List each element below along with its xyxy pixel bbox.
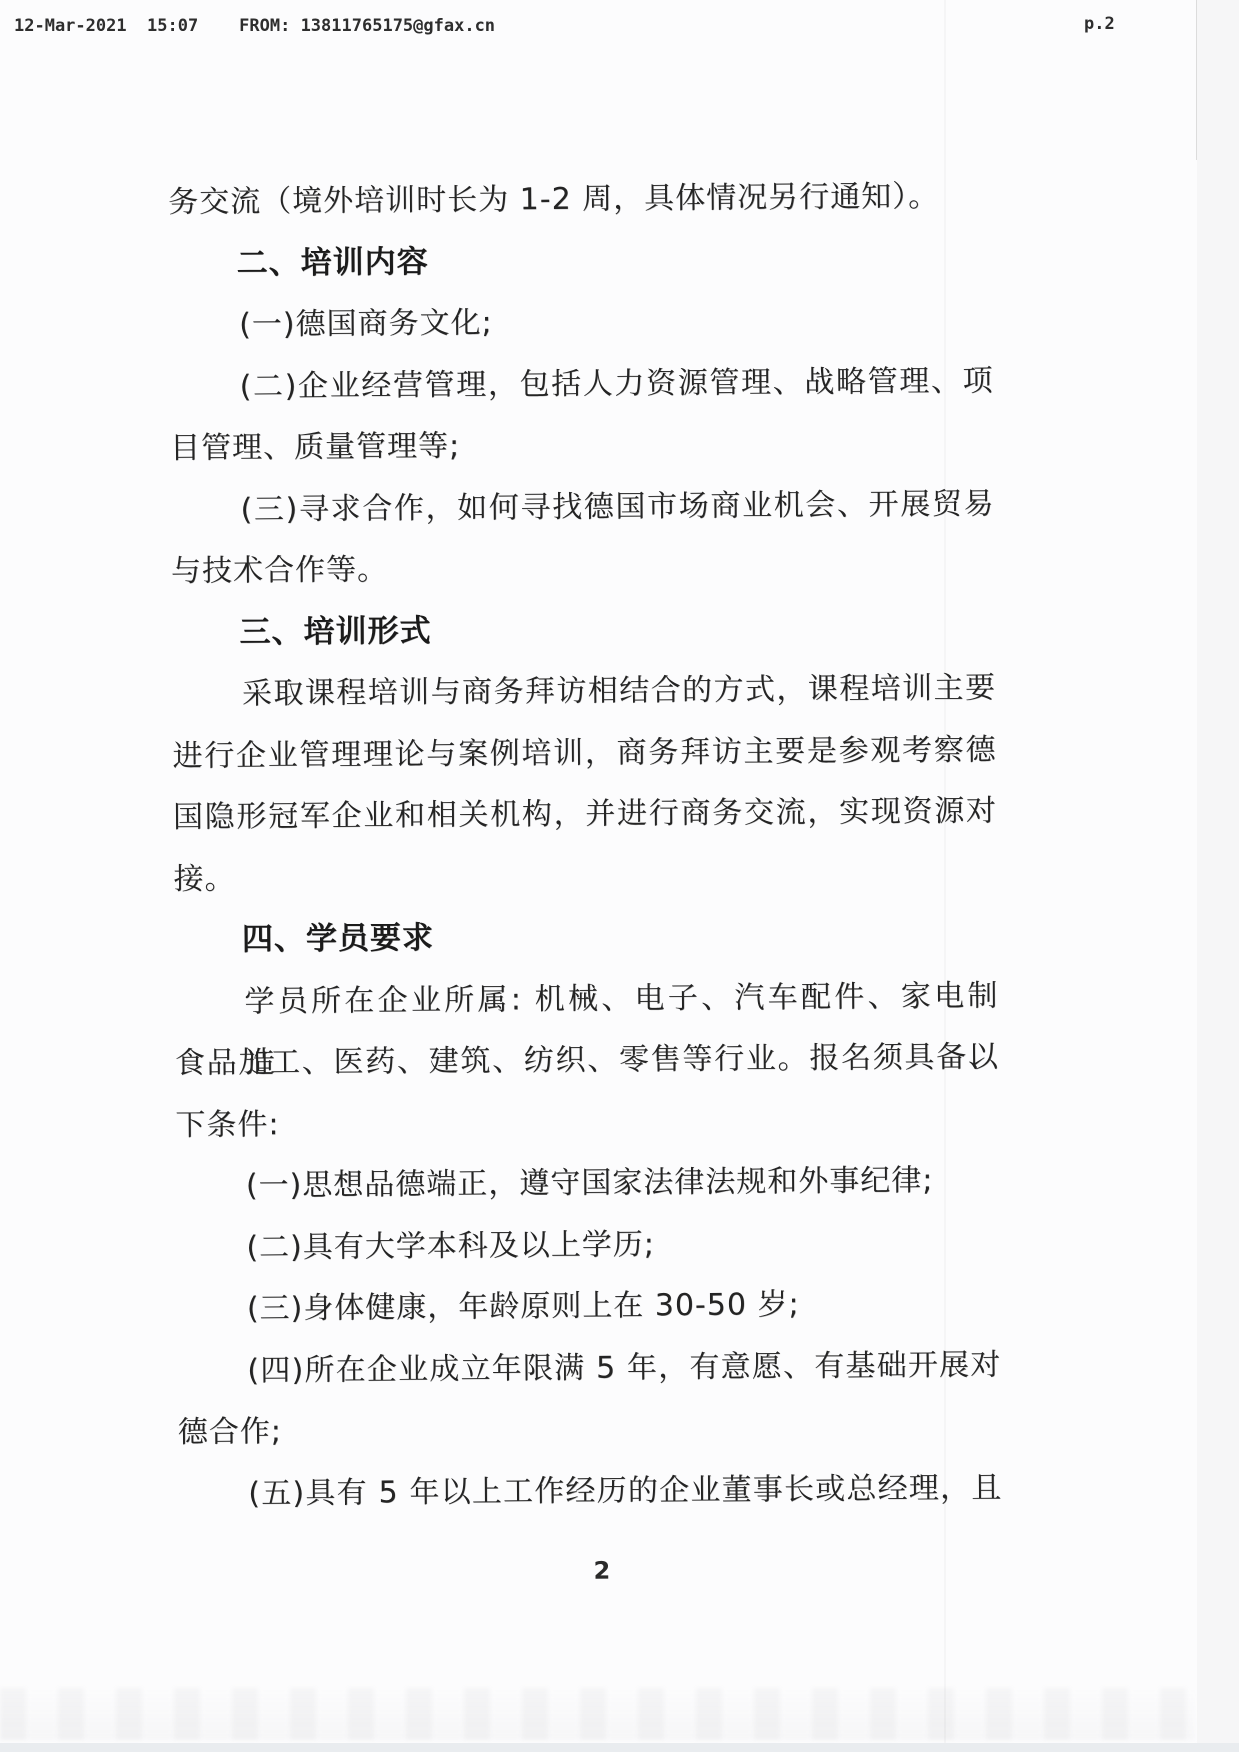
text-line: 学员所在企业所属: 机械、电子、汽车配件、家电制造、 (6, 965, 998, 1034)
document-text-block: 务交流（境外培训时长为 1-2 周，具体情况另行通知）。 二、培训内容 (一)德… (0, 166, 1003, 1527)
page-number: 2 (177, 1553, 1027, 1588)
text-line: (三)身体健康，年龄原则上在 30-50 岁; (9, 1273, 1001, 1342)
text-line: 食品加工、医药、建筑、纺织、零售等行业。报名须具备以 (7, 1027, 999, 1096)
scan-streak-artifact (944, 0, 946, 1752)
text-line: 进行企业管理理论与案例培训，商务拜访主要是参观考察德 (4, 719, 996, 788)
text-line: 接。 (5, 842, 997, 911)
text-line: (一)思想品德端正，遵守国家法律法规和外事纪律; (8, 1150, 1000, 1219)
text-line: 下条件: (7, 1088, 999, 1157)
scan-bottom-edge-strip (0, 1743, 1239, 1752)
text-line: (五)具有 5 年以上工作经历的企业董事长或总经理，且 (10, 1457, 1002, 1526)
text-line: 目管理、质量管理等; (2, 412, 994, 481)
scanned-document: 务交流（境外培训时长为 1-2 周，具体情况另行通知）。 二、培训内容 (一)德… (0, 0, 1239, 1752)
text-line: (三)寻求合作，如何寻找德国市场商业机会、开展贸易 (2, 473, 994, 542)
section-heading: 三、培训形式 (3, 596, 995, 665)
text-line: 国隐形冠军企业和相关机构，并进行商务交流，实现资源对 (5, 781, 997, 850)
text-line: (二)企业经营管理，包括人力资源管理、战略管理、项 (1, 350, 993, 419)
text-line: 采取课程培训与商务拜访相结合的方式，课程培训主要 (4, 658, 996, 727)
scan-right-edge-strip (1197, 0, 1239, 1752)
text-line: (一)德国商务文化; (1, 289, 993, 358)
section-heading: 四、学员要求 (6, 904, 998, 973)
scan-bottom-noise (0, 1688, 1195, 1740)
section-heading: 二、培训内容 (0, 227, 992, 296)
text-line: (二)具有大学本科及以上学历; (8, 1211, 1000, 1280)
text-line: 务交流（境外培训时长为 1-2 周，具体情况另行通知）。 (0, 166, 992, 235)
text-line: (四)所在企业成立年限满 5 年，有意愿、有基础开展对 (9, 1334, 1001, 1403)
text-line: 与技术合作等。 (3, 535, 995, 604)
text-line: 德合作; (10, 1396, 1002, 1465)
scan-right-edge-shadow (1196, 0, 1197, 160)
